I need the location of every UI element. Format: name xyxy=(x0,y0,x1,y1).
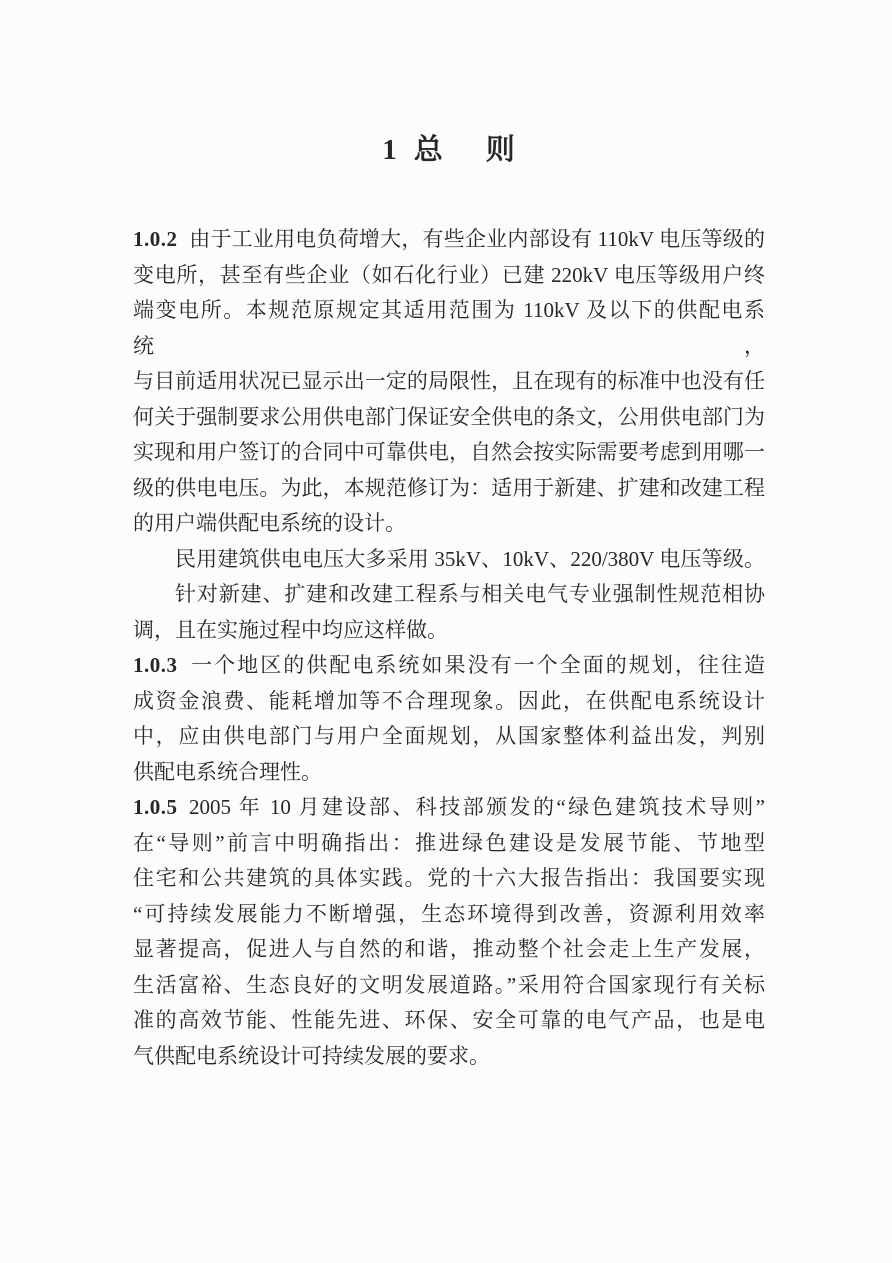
text-line: “可持续发展能力不断增强，生态环境得到改善，资源利用效率 xyxy=(133,897,765,933)
text-line: 气供配电系统设计可持续发展的要求。 xyxy=(133,1039,765,1075)
line-text: 变电所，甚至有些企业（如石化行业）已建 220kV 电压等级用户终 xyxy=(133,263,765,287)
line-text: 端变电所。本规范原规定其适用范围为 110kV 及以下的供配电系统， xyxy=(133,298,765,358)
line-text: 成资金浪费、能耗增加等不合理现象。因此，在供配电系统设计 xyxy=(133,689,765,713)
text-line: 何关于强制要求公用供电部门保证安全供电的条文，公用供电部门为 xyxy=(133,400,765,436)
line-text: 民用建筑供电电压大多采用 35kV、10kV、220/380V 电压等级。 xyxy=(175,547,765,571)
text-line: 1.0.3一个地区的供配电系统如果没有一个全面的规划，往往造 xyxy=(133,648,765,684)
line-text: “可持续发展能力不断增强，生态环境得到改善，资源利用效率 xyxy=(133,902,765,926)
line-text: 一个地区的供配电系统如果没有一个全面的规划，往往造 xyxy=(189,653,765,677)
text-line: 生活富裕、生态良好的文明发展道路。”采用符合国家现行有关标 xyxy=(133,968,765,1004)
text-line: 1.0.52005 年 10 月建设部、科技部颁发的“绿色建筑技术导则” xyxy=(133,790,765,826)
line-text: 住宅和公共建筑的具体实践。党的十六大报告指出：我国要实现 xyxy=(133,866,765,890)
text-line: 端变电所。本规范原规定其适用范围为 110kV 及以下的供配电系统， xyxy=(133,293,765,364)
line-text: 与目前适用状况已显示出一定的局限性，且在现有的标准中也没有任 xyxy=(133,369,765,393)
line-text: 显著提高，促进人与自然的和谐，推动整个社会走上生产发展， xyxy=(133,937,765,961)
text-line: 显著提高，促进人与自然的和谐，推动整个社会走上生产发展， xyxy=(133,932,765,968)
line-text: 何关于强制要求公用供电部门保证安全供电的条文，公用供电部门为 xyxy=(133,405,765,429)
line-text: 级的供电电压。为此，本规范修订为：适用于新建、扩建和改建工程 xyxy=(133,476,765,500)
text-line: 准的高效节能、性能先进、环保、安全可靠的电气产品，也是电 xyxy=(133,1003,765,1039)
line-text: 调，且在实施过程中均应这样做。 xyxy=(133,618,448,642)
text-line: 民用建筑供电电压大多采用 35kV、10kV、220/380V 电压等级。 xyxy=(133,542,765,578)
text-line: 变电所，甚至有些企业（如石化行业）已建 220kV 电压等级用户终 xyxy=(133,258,765,294)
line-text: 实现和用户签订的合同中可靠供电，自然会按实际需要考虑到用哪一 xyxy=(133,440,765,464)
title-word-first: 总 xyxy=(414,134,444,166)
line-text: 中，应由供电部门与用户全面规划，从国家整体利益出发，判别 xyxy=(133,724,765,748)
text-line: 的用户端供配电系统的设计。 xyxy=(133,506,765,542)
page-title: 1总则 xyxy=(133,133,765,167)
clause-number: 1.0.2 xyxy=(133,227,178,251)
line-text: 在“导则”前言中明确指出：推进绿色建设是发展节能、节地型 xyxy=(133,831,765,855)
line-text: 由于工业用电负荷增大，有些企业内部设有 110kV 电压等级的 xyxy=(189,227,765,251)
text-line: 成资金浪费、能耗增加等不合理现象。因此，在供配电系统设计 xyxy=(133,684,765,720)
body-text: 1.0.2由于工业用电负荷增大，有些企业内部设有 110kV 电压等级的 变电所… xyxy=(133,222,765,1074)
clause-number: 1.0.3 xyxy=(133,653,178,677)
title-word-second: 则 xyxy=(486,134,516,166)
text-line: 1.0.2由于工业用电负荷增大，有些企业内部设有 110kV 电压等级的 xyxy=(133,222,765,258)
line-text: 2005 年 10 月建设部、科技部颁发的“绿色建筑技术导则” xyxy=(189,795,765,819)
text-line: 实现和用户签订的合同中可靠供电，自然会按实际需要考虑到用哪一 xyxy=(133,435,765,471)
clause-number: 1.0.5 xyxy=(133,795,178,819)
text-line: 在“导则”前言中明确指出：推进绿色建设是发展节能、节地型 xyxy=(133,826,765,862)
line-text: 针对新建、扩建和改建工程系与相关电气专业强制性规范相协 xyxy=(175,582,765,606)
document-page: 1总则 1.0.2由于工业用电负荷增大，有些企业内部设有 110kV 电压等级的… xyxy=(0,0,892,1263)
text-line: 调，且在实施过程中均应这样做。 xyxy=(133,613,765,649)
line-text: 气供配电系统设计可持续发展的要求。 xyxy=(133,1044,490,1068)
line-text: 的用户端供配电系统的设计。 xyxy=(133,511,406,535)
line-text: 生活富裕、生态良好的文明发展道路。”采用符合国家现行有关标 xyxy=(133,973,765,997)
text-line: 中，应由供电部门与用户全面规划，从国家整体利益出发，判别 xyxy=(133,719,765,755)
text-line: 供配电系统合理性。 xyxy=(133,755,765,791)
chapter-number: 1 xyxy=(382,134,398,166)
text-line: 住宅和公共建筑的具体实践。党的十六大报告指出：我国要实现 xyxy=(133,861,765,897)
line-text: 供配电系统合理性。 xyxy=(133,760,322,784)
text-line: 针对新建、扩建和改建工程系与相关电气专业强制性规范相协 xyxy=(133,577,765,613)
text-line: 与目前适用状况已显示出一定的局限性，且在现有的标准中也没有任 xyxy=(133,364,765,400)
line-text: 准的高效节能、性能先进、环保、安全可靠的电气产品，也是电 xyxy=(133,1008,765,1032)
text-line: 级的供电电压。为此，本规范修订为：适用于新建、扩建和改建工程 xyxy=(133,471,765,507)
